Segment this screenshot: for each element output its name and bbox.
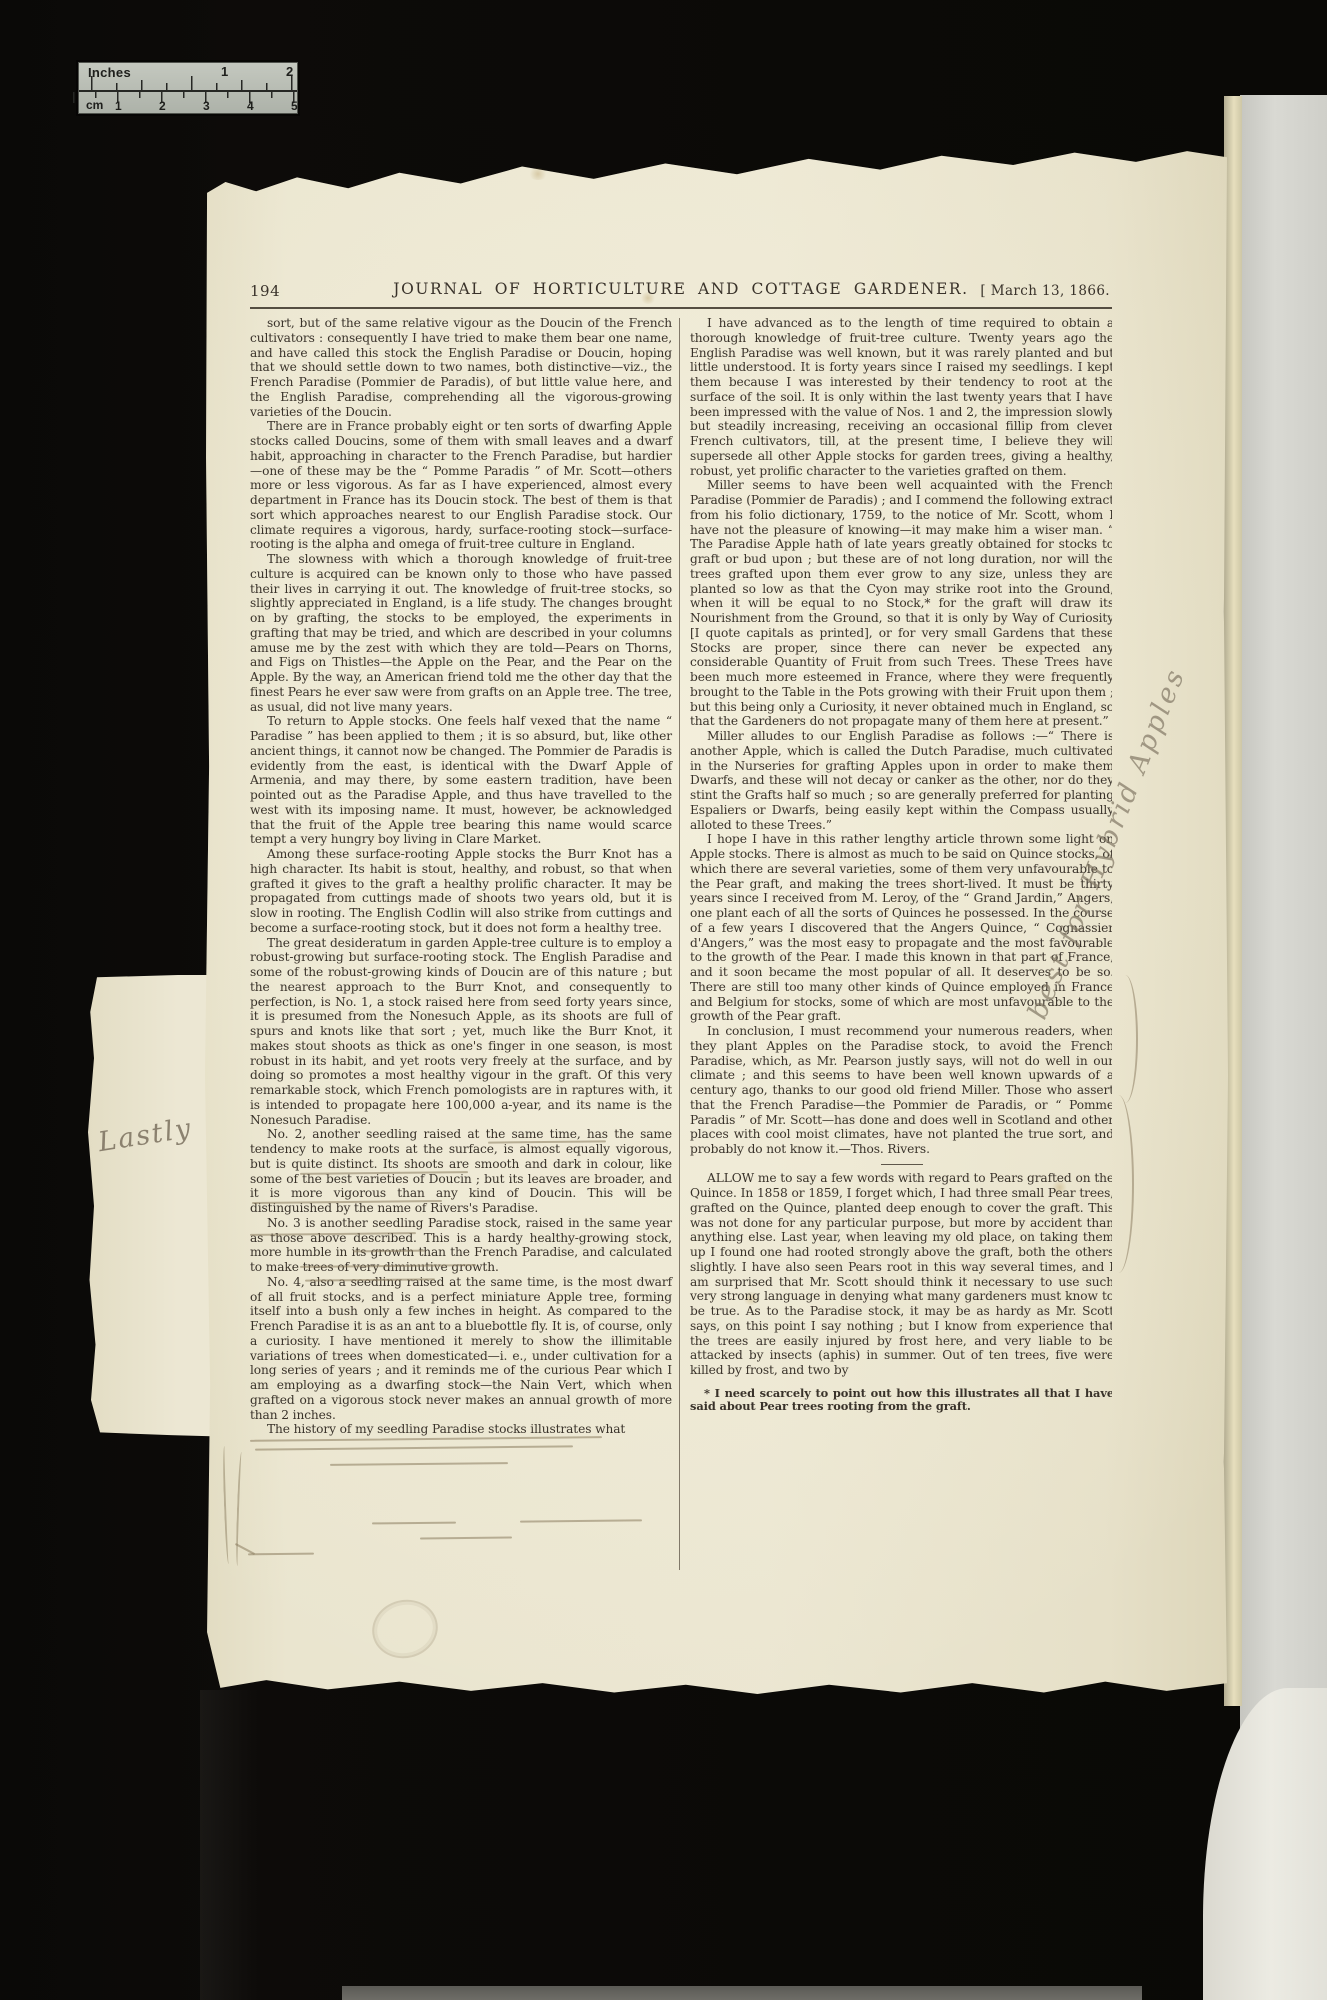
section-divider-rule [881, 1164, 923, 1166]
left-column: sort, but of the same relative vigour as… [250, 316, 672, 1437]
paragraph: No. 4, also a seedling raised at the sam… [250, 1275, 672, 1423]
right-column: I have advanced as to the length of time… [690, 316, 1112, 1414]
second-letter: ALLOW me to say a few words with regard … [690, 1171, 1112, 1378]
paragraph: I have advanced as to the length of time… [690, 316, 1112, 478]
paragraph: The great desideratum in garden Apple-tr… [250, 936, 672, 1128]
header-rule [250, 307, 1112, 309]
paragraph: In conclusion, I must recommend your num… [690, 1024, 1112, 1157]
paragraph: There are in France probably eight or te… [250, 419, 672, 552]
footnote: * I need scarcely to point out how this … [690, 1387, 1112, 1414]
paragraph: The history of my seedling Paradise stoc… [250, 1422, 672, 1437]
scanned-page-photograph: Inches 1 2 cm 1 2 3 4 5 194 JOURNAL OF H… [0, 0, 1327, 2000]
paragraph: Among these surface-rooting Apple stocks… [250, 847, 672, 936]
paragraph: The slowness with which a thorough knowl… [250, 552, 672, 714]
paragraph: ALLOW me to say a few words with regard … [690, 1171, 1112, 1378]
paragraph: Miller seems to have been well acquainte… [690, 478, 1112, 729]
text-columns: sort, but of the same relative vigour as… [250, 316, 1112, 1606]
paragraph: sort, but of the same relative vigour as… [250, 316, 672, 419]
running-head: 194 JOURNAL OF HORTICULTURE AND COTTAGE … [250, 280, 1112, 302]
issue-date: [ March 13, 1866. [980, 283, 1110, 299]
footnote-text: * I need scarcely to point out how this … [690, 1387, 1112, 1414]
paragraph: Miller alludes to our English Paradise a… [690, 729, 1112, 832]
rivers-letter: I have advanced as to the length of time… [690, 316, 1112, 1157]
column-divider-rule [679, 318, 680, 1570]
paragraph: To return to Apple stocks. One feels hal… [250, 714, 672, 847]
